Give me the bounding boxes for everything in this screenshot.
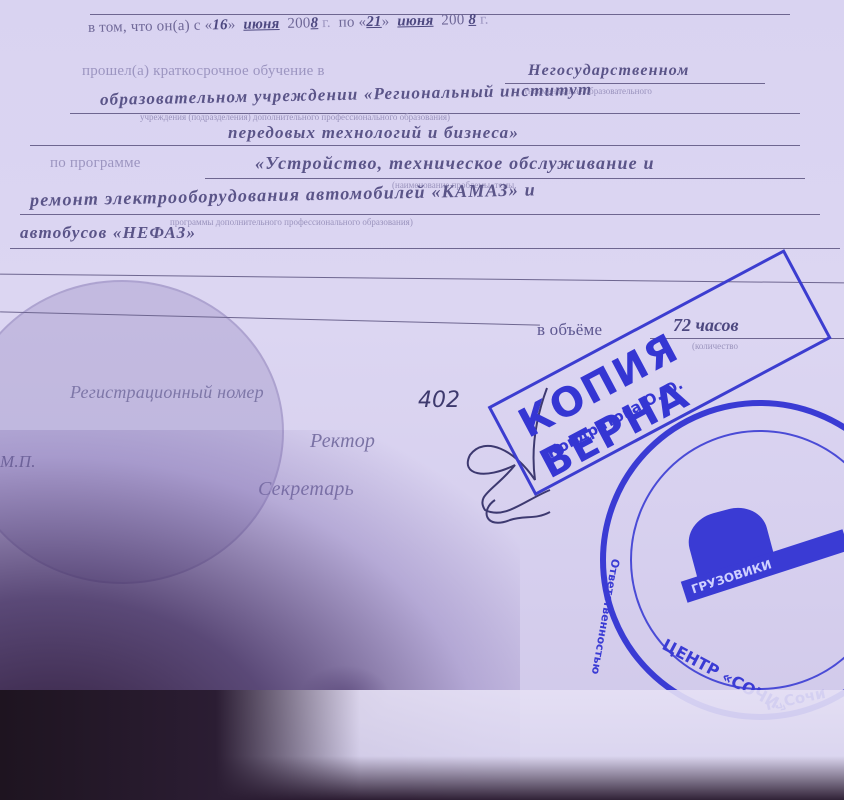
end-day: 21 [366, 14, 382, 30]
photo-shadow-bottom [0, 690, 360, 800]
start-day: 16 [212, 17, 228, 33]
volume-label: в объёме [537, 320, 602, 340]
underline [10, 248, 840, 249]
institution-line-3: передовых технологий и бизнеса» [228, 123, 519, 143]
underline [30, 145, 800, 146]
end-year-digit: 8 [468, 12, 476, 28]
caption-institution-2: учреждения (подразделения) дополнительно… [140, 112, 450, 122]
training-label: прошел(а) краткосрочное обучение в [82, 63, 325, 80]
program-line-3: автобусов «НЕФАЗ» [20, 223, 196, 243]
program-label: по программе [50, 155, 141, 172]
registration-label: Регистрационный номер [70, 382, 264, 403]
caption-program-2: программы дополнительного профессиональн… [170, 217, 413, 227]
underline [20, 214, 820, 215]
institution-line-1: Негосударственном [528, 62, 690, 80]
program-line-1: «Устройство, техническое обслуживание и [255, 153, 655, 174]
start-month: июня [243, 16, 279, 33]
underline [205, 178, 805, 179]
registration-number: 402 [418, 388, 460, 413]
start-year-digit: 8 [310, 15, 318, 31]
end-month: июня [397, 13, 433, 30]
